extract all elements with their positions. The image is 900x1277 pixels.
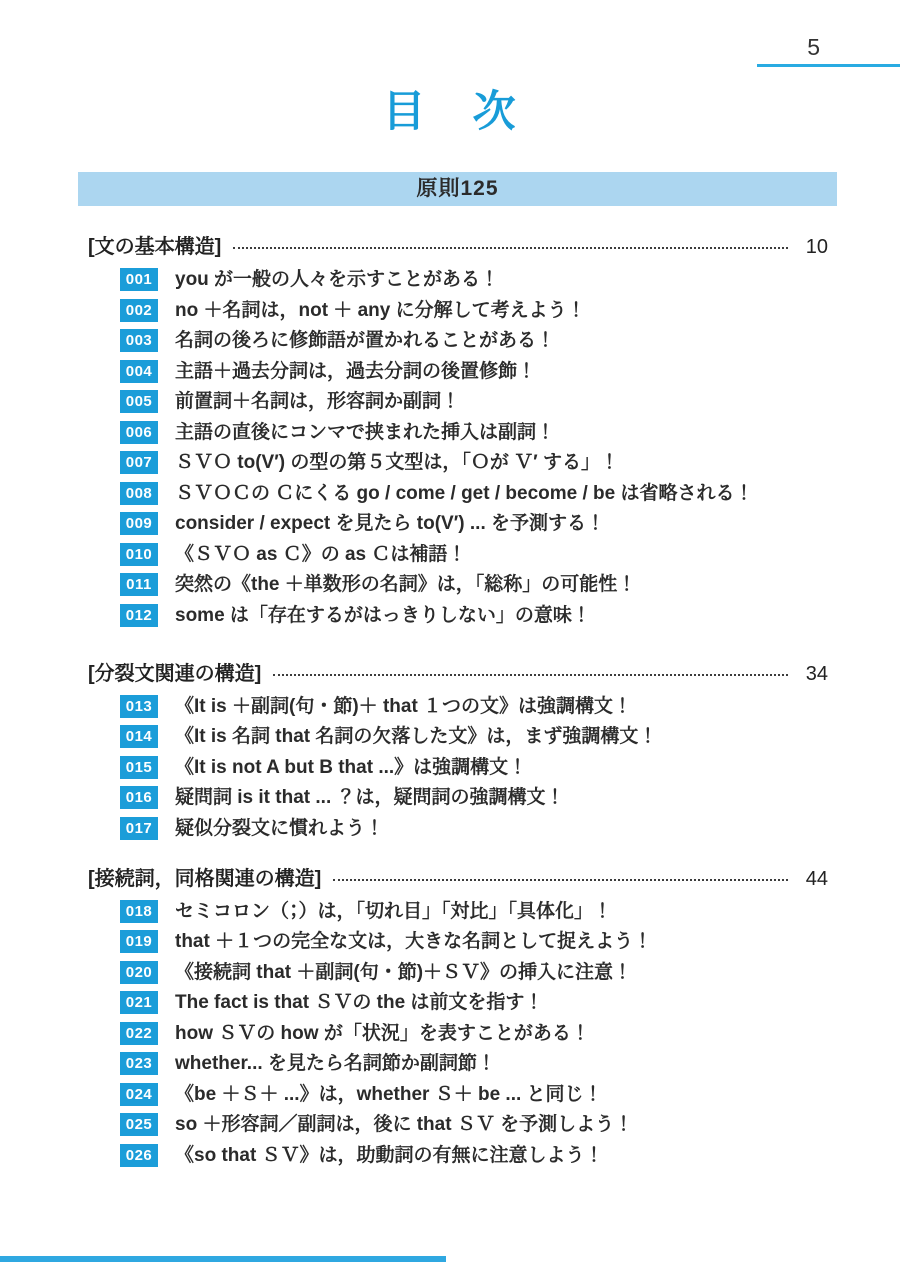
header-rule [757, 64, 900, 67]
toc-item: 020 《接続詞 that ＋副詞(句・節)＋ＳＶ》の挿入に注意！ [88, 961, 828, 984]
item-number-badge: 014 [120, 725, 158, 748]
item-number-badge: 002 [120, 299, 158, 322]
section-heading-row: [分裂文関連の構造] 34 [88, 657, 828, 683]
toc-item: 010 《ＳＶＯ as Ｃ》の as Ｃは補語！ [88, 543, 828, 566]
item-number-badge: 024 [120, 1083, 158, 1106]
item-number-badge: 006 [120, 421, 158, 444]
section-items: 013 《It is ＋副詞(句・節)＋ that １つの文》は強調構文！ 01… [88, 695, 828, 840]
toc-section: [分裂文関連の構造] 34 013 《It is ＋副詞(句・節)＋ that … [88, 657, 828, 840]
toc-section: [文の基本構造] 10 001 you が一般の人々を示すことがある！ 002 … [88, 230, 828, 627]
item-number-badge: 023 [120, 1052, 158, 1075]
toc-section: [接続詞，同格関連の構造] 44 018 セミコロン（；）は，「切れ目」「対比」… [88, 862, 828, 1167]
section-page-number: 34 [798, 663, 828, 686]
item-title: 前置詞＋名詞は，形容詞か副詞！ [175, 390, 460, 413]
toc-item: 015 《It is not A but B that ...》は強調構文！ [88, 756, 828, 779]
toc-item: 007 ＳＶＯ to(V′) の型の第５文型は，「Ｏが Ｖ′ する」！ [88, 451, 828, 474]
item-number-badge: 003 [120, 329, 158, 352]
toc-item: 021 The fact is that ＳＶの the は前文を指す！ [88, 991, 828, 1014]
toc-item: 003 名詞の後ろに修飾語が置かれることがある！ [88, 329, 828, 352]
section-heading: [分裂文関連の構造] [88, 657, 261, 686]
item-title: 名詞の後ろに修飾語が置かれることがある！ [175, 329, 555, 352]
toc-item: 011 突然の《the ＋単数形の名詞》は，「総称」の可能性！ [88, 573, 828, 596]
item-title: so ＋形容詞／副詞は，後に that ＳＶ を予測しよう！ [175, 1113, 633, 1136]
item-number-badge: 007 [120, 451, 158, 474]
item-title: The fact is that ＳＶの the は前文を指す！ [175, 991, 543, 1014]
toc-item: 005 前置詞＋名詞は，形容詞か副詞！ [88, 390, 828, 413]
item-number-badge: 025 [120, 1113, 158, 1136]
item-number-badge: 019 [120, 930, 158, 953]
item-number-badge: 026 [120, 1144, 158, 1167]
toc-item: 013 《It is ＋副詞(句・節)＋ that １つの文》は強調構文！ [88, 695, 828, 718]
item-number-badge: 001 [120, 268, 158, 291]
section-heading: [接続詞，同格関連の構造] [88, 862, 321, 891]
toc-item: 019 that ＋１つの完全な文は，大きな名詞として捉えよう！ [88, 930, 828, 953]
section-items: 001 you が一般の人々を示すことがある！ 002 no ＋名詞は，not … [88, 268, 828, 627]
item-title: 突然の《the ＋単数形の名詞》は，「総称」の可能性！ [175, 573, 636, 596]
item-title: 《接続詞 that ＋副詞(句・節)＋ＳＶ》の挿入に注意！ [175, 961, 632, 984]
toc-item: 012 some は「存在するがはっきりしない」の意味！ [88, 604, 828, 627]
toc-item: 009 consider / expect を見たら to(V′) ... を予… [88, 512, 828, 535]
item-number-badge: 018 [120, 900, 158, 923]
item-number-badge: 011 [120, 573, 158, 596]
item-title: 主語の直後にコンマで挟まれた挿入は副詞！ [175, 421, 555, 444]
item-title: that ＋１つの完全な文は，大きな名詞として捉えよう！ [175, 930, 652, 953]
section-heading-row: [文の基本構造] 10 [88, 230, 828, 256]
toc-item: 024 《be ＋Ｓ＋ ...》は，whether Ｓ＋ be ... と同じ！ [88, 1083, 828, 1106]
dotted-leader [233, 247, 788, 249]
item-title: 《It is ＋副詞(句・節)＋ that １つの文》は強調構文！ [175, 695, 632, 718]
footer-rule [0, 1256, 446, 1262]
item-number-badge: 012 [120, 604, 158, 627]
section-page-number: 10 [798, 236, 828, 259]
page-title: 目 次 [0, 78, 900, 139]
item-title: 《ＳＶＯ as Ｃ》の as Ｃは補語！ [175, 543, 466, 566]
item-number-badge: 013 [120, 695, 158, 718]
item-title: some は「存在するがはっきりしない」の意味！ [175, 604, 591, 627]
item-number-badge: 016 [120, 786, 158, 809]
toc-item: 008 ＳＶＯＣの Ｃにくる go / come / get / become … [88, 482, 828, 505]
item-number-badge: 010 [120, 543, 158, 566]
toc-item: 018 セミコロン（；）は，「切れ目」「対比」「具体化」！ [88, 900, 828, 923]
dotted-leader [273, 674, 788, 676]
toc-item: 023 whether... を見たら名詞節か副詞節！ [88, 1052, 828, 1075]
section-heading: [文の基本構造] [88, 230, 221, 259]
item-number-badge: 004 [120, 360, 158, 383]
item-title: 《be ＋Ｓ＋ ...》は，whether Ｓ＋ be ... と同じ！ [175, 1083, 603, 1106]
section-heading-row: [接続詞，同格関連の構造] 44 [88, 862, 828, 888]
item-title: ＳＶＯＣの Ｃにくる go / come / get / become / be… [175, 482, 754, 505]
item-title: セミコロン（；）は，「切れ目」「対比」「具体化」！ [175, 900, 612, 923]
principles-banner: 原則125 [78, 172, 837, 206]
item-number-badge: 008 [120, 482, 158, 505]
item-number-badge: 005 [120, 390, 158, 413]
toc-item: 022 how ＳＶの how が「状況」を表すことがある！ [88, 1022, 828, 1045]
toc-item: 016 疑問詞 is it that ... ？は，疑問詞の強調構文！ [88, 786, 828, 809]
section-items: 018 セミコロン（；）は，「切れ目」「対比」「具体化」！ 019 that ＋… [88, 900, 828, 1167]
item-number-badge: 009 [120, 512, 158, 535]
toc-item: 017 疑似分裂文に慣れよう！ [88, 817, 828, 840]
toc-item: 001 you が一般の人々を示すことがある！ [88, 268, 828, 291]
item-title: 《so that ＳＶ》は，助動詞の有無に注意しよう！ [175, 1144, 604, 1167]
item-title: ＳＶＯ to(V′) の型の第５文型は，「Ｏが Ｖ′ する」！ [175, 451, 619, 474]
toc-item: 026 《so that ＳＶ》は，助動詞の有無に注意しよう！ [88, 1144, 828, 1167]
toc-item: 014 《It is 名詞 that 名詞の欠落した文》は，まず強調構文！ [88, 725, 828, 748]
item-title: you が一般の人々を示すことがある！ [175, 268, 499, 291]
item-title: consider / expect を見たら to(V′) ... を予測する！ [175, 512, 605, 535]
dotted-leader [333, 879, 788, 881]
item-number-badge: 022 [120, 1022, 158, 1045]
item-title: 疑問詞 is it that ... ？は，疑問詞の強調構文！ [175, 786, 565, 809]
item-number-badge: 020 [120, 961, 158, 984]
item-title: no ＋名詞は，not ＋ any に分解して考えよう！ [175, 299, 586, 322]
item-title: 《It is not A but B that ...》は強調構文！ [175, 756, 527, 779]
toc-item: 004 主語＋過去分詞は，過去分詞の後置修飾！ [88, 360, 828, 383]
item-title: how ＳＶの how が「状況」を表すことがある！ [175, 1022, 590, 1045]
page-number: 5 [807, 34, 820, 61]
item-title: whether... を見たら名詞節か副詞節！ [175, 1052, 496, 1075]
toc-item: 002 no ＋名詞は，not ＋ any に分解して考えよう！ [88, 299, 828, 322]
toc-item: 025 so ＋形容詞／副詞は，後に that ＳＶ を予測しよう！ [88, 1113, 828, 1136]
item-number-badge: 015 [120, 756, 158, 779]
item-title: 主語＋過去分詞は，過去分詞の後置修飾！ [175, 360, 536, 383]
item-title: 《It is 名詞 that 名詞の欠落した文》は，まず強調構文！ [175, 725, 657, 748]
toc-sections: [文の基本構造] 10 001 you が一般の人々を示すことがある！ 002 … [88, 230, 828, 1174]
item-title: 疑似分裂文に慣れよう！ [175, 817, 384, 840]
item-number-badge: 021 [120, 991, 158, 1014]
item-number-badge: 017 [120, 817, 158, 840]
section-page-number: 44 [798, 868, 828, 891]
toc-item: 006 主語の直後にコンマで挟まれた挿入は副詞！ [88, 421, 828, 444]
